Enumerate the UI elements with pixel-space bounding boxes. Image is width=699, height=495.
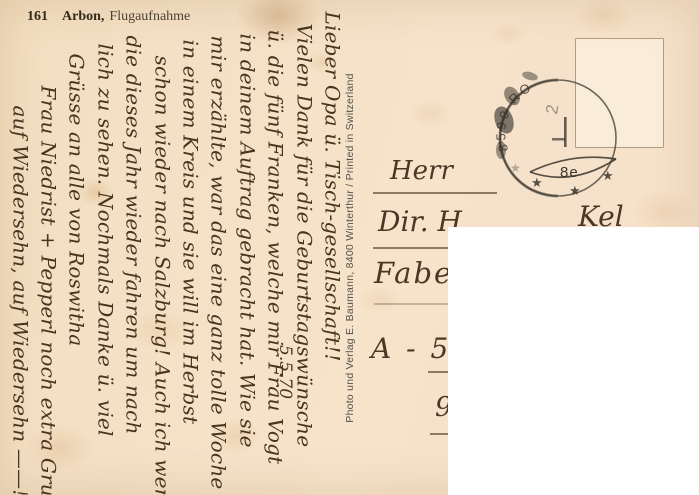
message-line: Frau Niedrist + Pepperl noch extra Gruss: [34, 0, 62, 495]
message-line: Lieber Opa ü. Tisch-gesellschaft!!: [318, 0, 346, 495]
address-underline: [373, 192, 497, 194]
star-icon: ★: [531, 176, 543, 191]
address-underline: [373, 247, 451, 249]
handwritten-date: 5.5.70: [265, 345, 295, 405]
message-line: Grüsse an alle von Roswitha: [63, 0, 91, 495]
address-underline: [374, 303, 448, 305]
postcard-back-scan: 161Arbon,Flugaufnahme Lieber Opa ü. Tisc…: [0, 0, 699, 495]
message-line: in deinem Auftrag gebracht hat. Wie sie: [233, 0, 261, 495]
address-underline: [430, 433, 450, 435]
postmark-dash: [552, 138, 565, 141]
message-line: lich zu sehen. Nochmals Danke ü. viel: [91, 0, 119, 495]
publisher-imprint: Photo und Verlag E. Baumann, 8400 Winter…: [344, 63, 360, 433]
postmark-smudge: [521, 70, 539, 82]
star-icon: ★: [602, 169, 614, 184]
postmark: 8590 RO 2 8e ★ ★ ★ ★: [488, 68, 634, 202]
address-line-herr: Herr: [390, 156, 453, 186]
message-line: auf Wiedersehn, auf Wiedersehn ——!: [6, 0, 34, 495]
message-line: ü. die fünf Franken, welche mir Frau Vog…: [261, 0, 289, 495]
postmark-town-text: 8590 RO: [493, 79, 535, 154]
redaction-box: [448, 227, 699, 495]
message-line: schon wieder nach Salzburg! Auch ich wer…: [148, 0, 176, 495]
address-line-fabe: Fabe: [374, 256, 453, 290]
postmark-banner-text: 8e: [560, 164, 579, 181]
star-icon: ★: [510, 161, 521, 175]
message-line: mir erzählte, war das eine ganz tolle Wo…: [205, 0, 233, 495]
star-icon: ★: [569, 184, 581, 199]
message-line: die dieses Jahr wieder fahren um nach: [119, 0, 147, 495]
handwritten-message: Lieber Opa ü. Tisch-gesellschaft!! Viele…: [1, 0, 351, 495]
message-line: Vielen Dank für die Geburtstagswünsche: [290, 0, 318, 495]
message-line: in einem Kreis und sie will im Herbst: [176, 0, 204, 495]
svg-text:8590 RO: 8590 RO: [493, 79, 535, 154]
postmark-center-mark: 2: [542, 103, 562, 116]
postmark-date-bar: [564, 117, 567, 147]
